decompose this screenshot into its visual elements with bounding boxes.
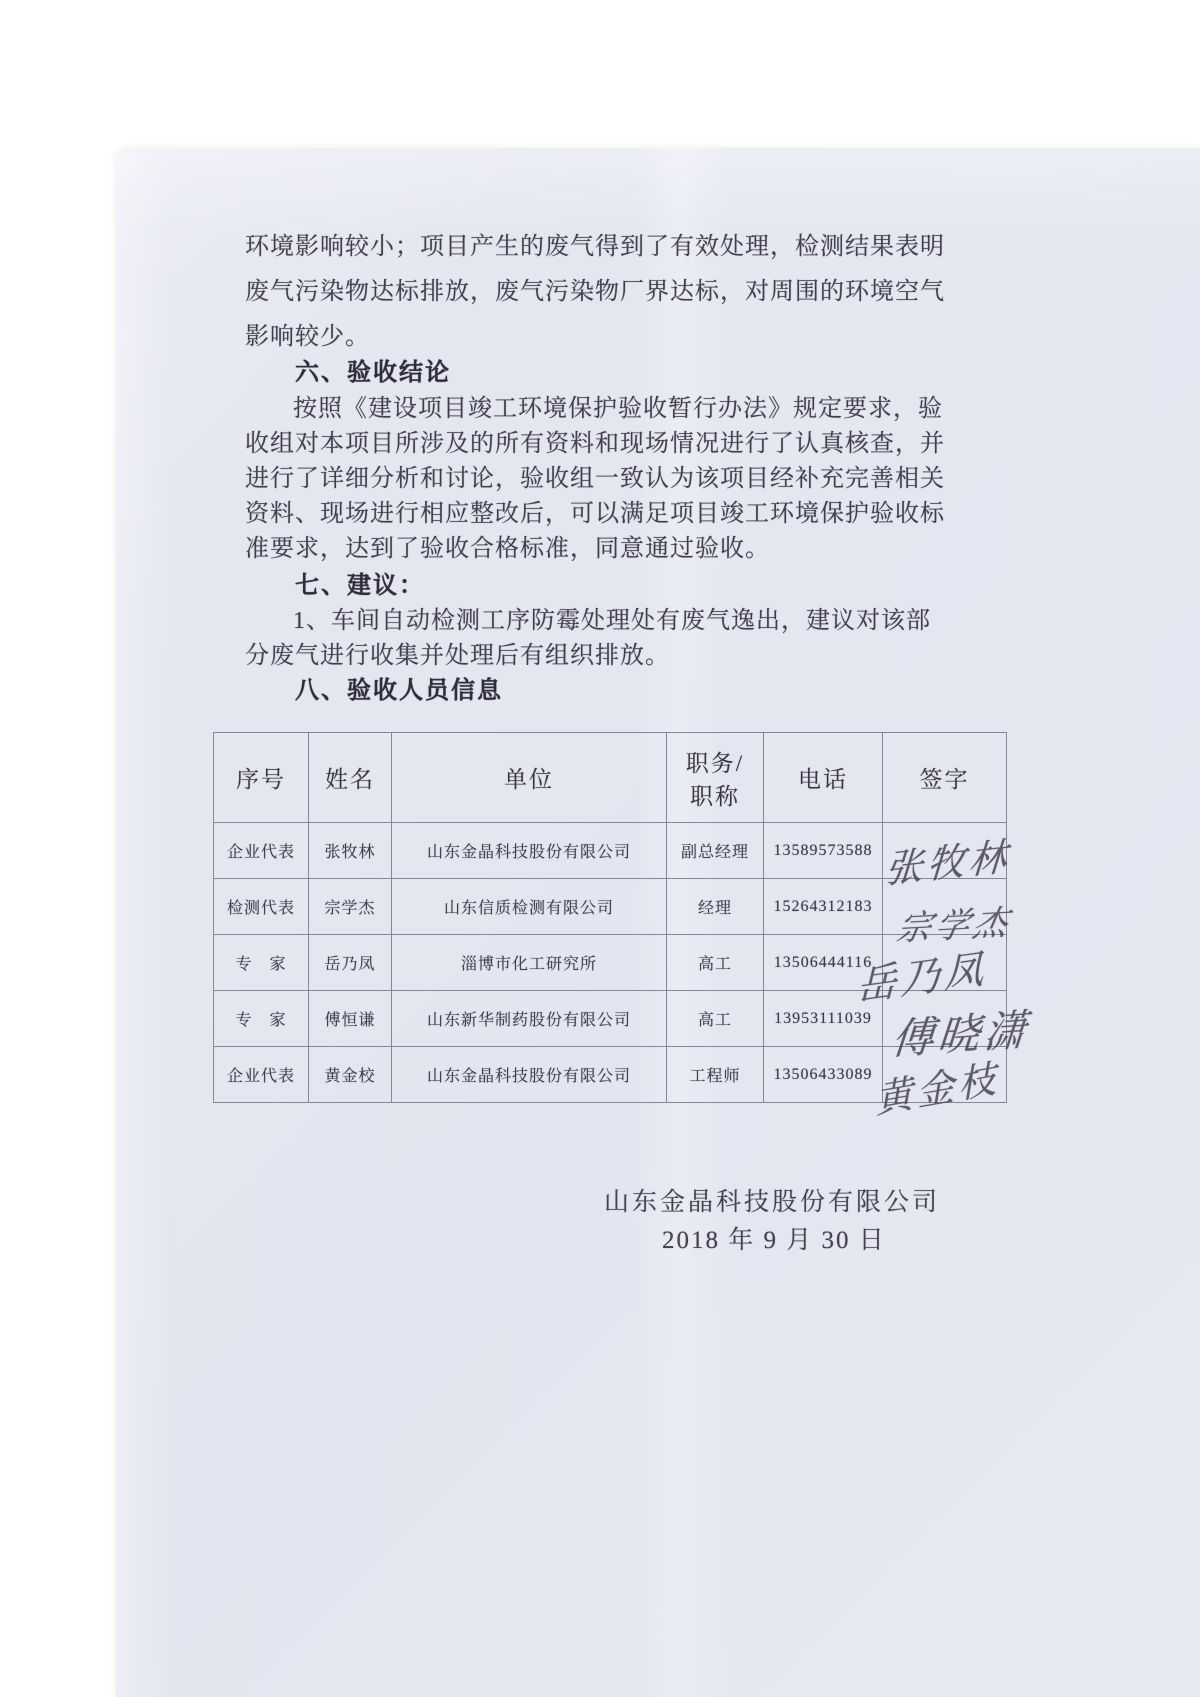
cell-signature	[883, 879, 1007, 935]
cell-unit: 山东金晶科技股份有限公司	[392, 1047, 667, 1103]
cell-name: 傅恒谦	[309, 991, 392, 1047]
cell-phone: 13953111039	[764, 991, 883, 1047]
header-phone: 电话	[764, 733, 883, 823]
cell-name: 岳乃凤	[309, 935, 392, 991]
section8-heading: 八、验收人员信息	[295, 670, 503, 705]
cell-signature	[883, 991, 1007, 1047]
cell-title: 高工	[667, 991, 764, 1047]
cell-role: 企业代表	[214, 1047, 309, 1103]
cell-phone: 15264312183	[764, 879, 883, 935]
paragraph1-line3: 影响较少。	[245, 316, 370, 351]
cell-unit: 山东信质检测有限公司	[392, 879, 667, 935]
section7-line2: 分废气进行收集并处理后有组织排放。	[245, 635, 670, 670]
table-row: 企业代表 张牧林 山东金晶科技股份有限公司 副总经理 13589573588	[214, 823, 1007, 879]
header-sign: 签字	[883, 733, 1007, 823]
section7-line1: 1、车间自动检测工序防霉处理处有废气逸出，建议对该部	[293, 600, 931, 635]
table-row: 企业代表 黄金校 山东金晶科技股份有限公司 工程师 13506433089	[214, 1047, 1007, 1103]
header-index: 序号	[214, 733, 309, 823]
table-row: 专 家 岳乃凤 淄博市化工研究所 高工 13506444116	[214, 935, 1007, 991]
section6-line4: 资料、现场进行相应整改后，可以满足项目竣工环境保护验收标	[245, 493, 945, 528]
cell-title: 工程师	[667, 1047, 764, 1103]
cell-role: 企业代表	[214, 823, 309, 879]
section7-heading: 七、建议：	[295, 565, 425, 600]
cell-title: 副总经理	[667, 823, 764, 879]
section6-line5: 准要求，达到了验收合格标准，同意通过验收。	[245, 528, 770, 563]
cell-role: 专 家	[214, 935, 309, 991]
cell-unit: 山东金晶科技股份有限公司	[392, 823, 667, 879]
table-header-row: 序号 姓名 单位 职务/ 职称 电话 签字	[214, 733, 1007, 823]
cell-signature	[883, 1047, 1007, 1103]
section6-line2: 收组对本项目所涉及的所有资料和现场情况进行了认真核查，并	[245, 423, 945, 458]
cell-name: 黄金校	[309, 1047, 392, 1103]
section6-line3: 进行了详细分析和讨论，验收组一致认为该项目经补充完善相关	[245, 458, 945, 493]
table-row: 检测代表 宗学杰 山东信质检测有限公司 经理 15264312183	[214, 879, 1007, 935]
cell-phone: 13506433089	[764, 1047, 883, 1103]
section6-line1: 按照《建设项目竣工环境保护验收暂行办法》规定要求，验	[293, 388, 943, 423]
personnel-table: 序号 姓名 单位 职务/ 职称 电话 签字 企业代表 张牧林 山东金晶科技股份有…	[213, 732, 1007, 1103]
header-unit: 单位	[392, 733, 667, 823]
header-title: 职务/ 职称	[667, 733, 764, 823]
table-row: 专 家 傅恒谦 山东新华制药股份有限公司 高工 13953111039	[214, 991, 1007, 1047]
cell-name: 宗学杰	[309, 879, 392, 935]
cell-phone: 13589573588	[764, 823, 883, 879]
header-name: 姓名	[309, 733, 392, 823]
cell-unit: 山东新华制药股份有限公司	[392, 991, 667, 1047]
cell-title: 经理	[667, 879, 764, 935]
cell-role: 专 家	[214, 991, 309, 1047]
cell-role: 检测代表	[214, 879, 309, 935]
paragraph1-line2: 废气污染物达标排放，废气污染物厂界达标，对周围的环境空气	[245, 271, 945, 306]
cell-signature	[883, 823, 1007, 879]
section6-heading: 六、验收结论	[295, 352, 451, 387]
header-title-line2: 职称	[668, 778, 762, 811]
cell-signature	[883, 935, 1007, 991]
scanned-document-page: { "doc": { "para1": [ "环境影响较小；项目产生的废气得到了…	[0, 0, 1200, 1697]
footer-company-name: 山东金晶科技股份有限公司	[604, 1182, 940, 1218]
cell-title: 高工	[667, 935, 764, 991]
cell-phone: 13506444116	[764, 935, 883, 991]
header-title-line1: 职务/	[668, 745, 762, 778]
footer-date: 2018 年 9 月 30 日	[662, 1220, 886, 1256]
cell-name: 张牧林	[309, 823, 392, 879]
cell-unit: 淄博市化工研究所	[392, 935, 667, 991]
paragraph1-line1: 环境影响较小；项目产生的废气得到了有效处理，检测结果表明	[245, 226, 945, 261]
